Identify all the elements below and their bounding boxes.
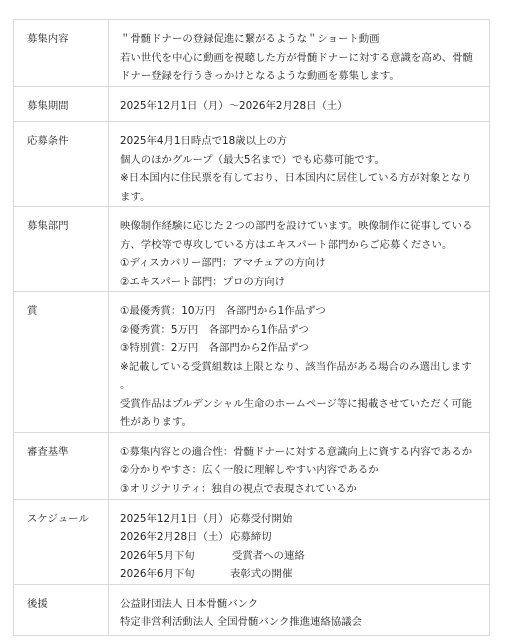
row-value: 2025年12月1日（月）～2026年2月28日（土） (109, 87, 490, 122)
contest-info-table: 募集内容 ＂骨髄ドナーの登録促進に繋がるような＂ショート動画 若い世代を中心に動… (13, 19, 490, 636)
value-line: ②エキスパート部門：プロの方向け (120, 273, 479, 292)
row-label: 募集内容 (14, 20, 109, 87)
schedule-event: 応募受付開始 (230, 510, 292, 529)
value-line: ②分かりやすさ：広く一般に理解しやすい内容であるか (120, 461, 479, 480)
value-line: ③特別賞：2万円 各部門から2作品ずつ (120, 339, 479, 358)
row-value: 2025年4月1日時点で18歳以上の方 個人のほかグループ（最大5名まで）でも応… (109, 122, 490, 207)
row-categories: 募集部門 映像制作経験に応じた２つの部門を設けています。映像制作に従事している … (14, 207, 490, 292)
schedule-event: 応募締切 (230, 528, 272, 547)
value-line: ＂骨髄ドナーの登録促進に繋がるような＂ショート動画 (120, 30, 479, 49)
row-schedule: スケジュール 2025年12月1日（月） 応募受付開始 2026年2月28日（土… (14, 499, 490, 584)
row-label: スケジュール (14, 499, 109, 584)
value-line: ます。 (120, 188, 479, 207)
value-line: ドナー登録を行うきっかけとなるような動画を募集します。 (120, 67, 479, 86)
value-line: ②優秀賞：5万円 各部門から1作品ずつ (120, 321, 479, 340)
row-value: ＂骨髄ドナーの登録促進に繋がるような＂ショート動画 若い世代を中心に動画を視聴し… (109, 20, 490, 87)
value-line: 若い世代を中心に動画を視聴した方が骨髄ドナーに対する意識を高め、骨髄 (120, 49, 479, 68)
value-line: ※日本国内に住民票を有しており、日本国内に居住している方が対象となり (120, 169, 479, 188)
row-label: 賞 (14, 292, 109, 433)
row-judging-criteria: 審査基準 ①募集内容との適合性：骨髄ドナーに対する意識向上に資する内容であるか … (14, 432, 490, 499)
value-line: 2025年12月1日（月）～2026年2月28日（土） (120, 97, 479, 116)
value-line: ①最優秀賞：10万円 各部門から1作品ずつ (120, 302, 479, 321)
schedule-item: 2026年6月下旬 表彰式の開催 (120, 565, 479, 584)
value-line: 特定非営利活動法人 全国骨髄バンク推進連絡協議会 (120, 613, 479, 632)
row-value: ①最優秀賞：10万円 各部門から1作品ずつ ②優秀賞：5万円 各部門から1作品ず… (109, 292, 490, 433)
row-value: 2025年12月1日（月） 応募受付開始 2026年2月28日（土） 応募締切 … (109, 499, 490, 584)
schedule-date: 2025年12月1日（月） (120, 510, 230, 529)
row-value: ①募集内容との適合性：骨髄ドナーに対する意識向上に資する内容であるか ②分かりや… (109, 432, 490, 499)
schedule-event: 表彰式の開催 (230, 565, 292, 584)
value-line: 2025年4月1日時点で18歳以上の方 (120, 132, 479, 151)
schedule-date: 2026年5月下旬 (120, 547, 232, 566)
row-sponsors: 後援 公益財団法人 日本骨髄バンク 特定非営利活動法人 全国骨髄バンク推進連絡協… (14, 584, 490, 635)
value-line: ※記載している受賞組数は上限となり、該当作品がある場合のみ選出します (120, 358, 479, 377)
schedule-item: 2025年12月1日（月） 応募受付開始 (120, 510, 479, 529)
row-label: 応募条件 (14, 122, 109, 207)
value-line: 映像制作経験に応じた２つの部門を設けています。映像制作に従事している (120, 217, 479, 236)
schedule-date: 2026年6月下旬 (120, 565, 230, 584)
schedule-item: 2026年5月下旬 受賞者への連絡 (120, 547, 479, 566)
row-eligibility: 応募条件 2025年4月1日時点で18歳以上の方 個人のほかグループ（最大5名ま… (14, 122, 490, 207)
row-value: 映像制作経験に応じた２つの部門を設けています。映像制作に従事している 方、学校等… (109, 207, 490, 292)
row-value: 公益財団法人 日本骨髄バンク 特定非営利活動法人 全国骨髄バンク推進連絡協議会 (109, 584, 490, 635)
value-line: 受賞作品はプルデンシャル生命のホームページ等に掲載させていただく可能 (120, 395, 479, 414)
value-line: 方、学校等で専攻している方はエキスパート部門からご応募ください。 (120, 236, 479, 255)
row-prizes: 賞 ①最優秀賞：10万円 各部門から1作品ずつ ②優秀賞：5万円 各部門から1作… (14, 292, 490, 433)
row-label: 後援 (14, 584, 109, 635)
value-line: 公益財団法人 日本骨髄バンク (120, 595, 479, 614)
value-line: 性があります。 (120, 413, 479, 432)
value-line: 。 (120, 376, 479, 395)
row-recruitment-period: 募集期間 2025年12月1日（月）～2026年2月28日（土） (14, 87, 490, 122)
row-label: 審査基準 (14, 432, 109, 499)
row-recruitment-content: 募集内容 ＂骨髄ドナーの登録促進に繋がるような＂ショート動画 若い世代を中心に動… (14, 20, 490, 87)
value-line: ③オリジナリティ：独自の視点で表現されているか (120, 480, 479, 499)
value-line: 個人のほかグループ（最大5名まで）でも応募可能です。 (120, 151, 479, 170)
schedule-event: 受賞者への連絡 (232, 547, 305, 566)
row-label: 募集部門 (14, 207, 109, 292)
value-line: ①ディスカバリー部門：アマチュアの方向け (120, 254, 479, 273)
schedule-item: 2026年2月28日（土） 応募締切 (120, 528, 479, 547)
row-label: 募集期間 (14, 87, 109, 122)
schedule-date: 2026年2月28日（土） (120, 528, 230, 547)
value-line: ①募集内容との適合性：骨髄ドナーに対する意識向上に資する内容であるか (120, 443, 479, 462)
